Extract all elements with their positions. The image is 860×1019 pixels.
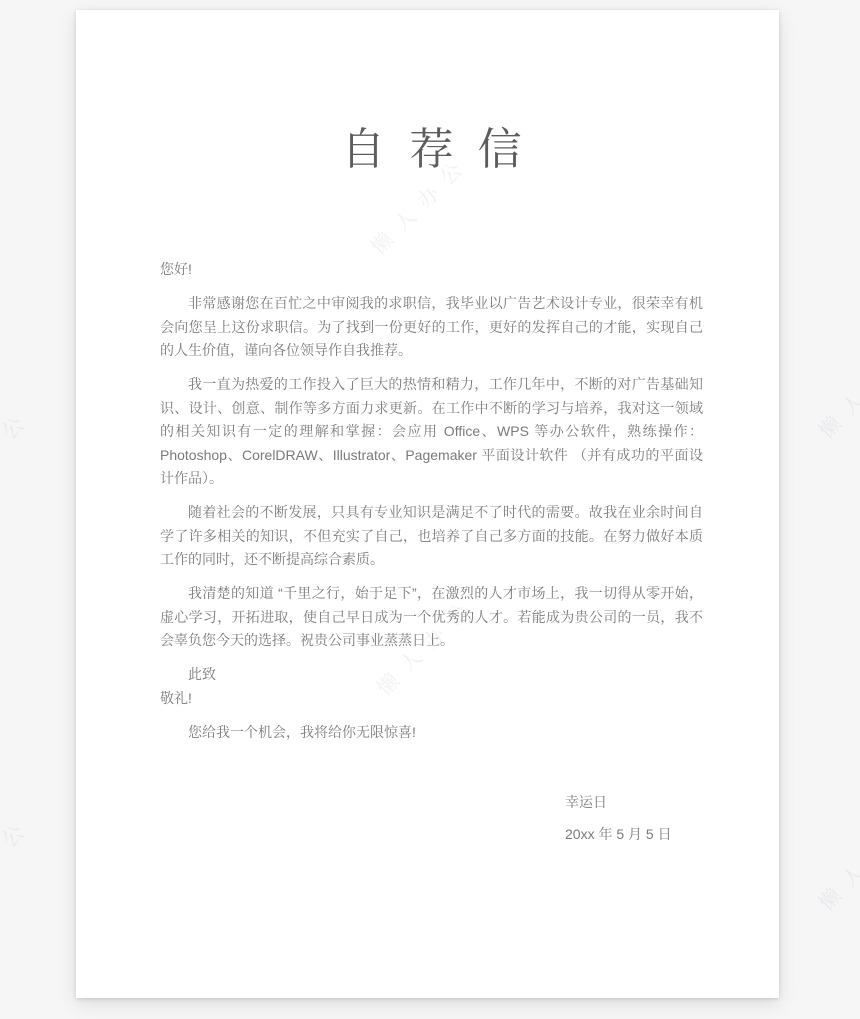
letter-content: 自荐信 您好! 非常感谢您在百忙之中审阅我的求职信，我毕业以广告艺术设计专业，很… [76, 126, 779, 850]
watermark-text: 懒人办公 [811, 803, 860, 916]
closing-block: 此致 敬礼! [160, 663, 703, 710]
letter-body: 您好! 非常感谢您在百忙之中审阅我的求职信，我毕业以广告艺术设计专业，很荣幸有机… [160, 258, 703, 850]
signature-name: 幸运日 [565, 786, 703, 818]
watermark-text: 懒人办公 [0, 809, 39, 922]
signature-date: 20xx 年 5 月 5 日 [565, 818, 703, 850]
paragraph-4: 我清楚的知道 “千里之行，始于足下”，在激烈的人才市场上，我一切得从零开始，虚心… [160, 582, 703, 653]
watermark-text: 懒人办公 [0, 401, 39, 514]
postscript: 您给我一个机会，我将给你无限惊喜! [160, 721, 703, 745]
document-page: 自荐信 您好! 非常感谢您在百忙之中审阅我的求职信，我毕业以广告艺术设计专业，很… [76, 10, 779, 998]
closing-jingli: 敬礼! [160, 687, 703, 711]
signature-block: 幸运日 20xx 年 5 月 5 日 [565, 786, 703, 850]
paragraph-3: 随着社会的不断发展，只具有专业知识是满足不了时代的需要。故我在业余时间自学了许多… [160, 501, 703, 572]
watermark-text: 懒人办公 [811, 331, 860, 444]
closing-cizhi: 此致 [160, 663, 703, 687]
paragraph-2: 我一直为热爱的工作投入了巨大的热情和精力，工作几年中，不断的对广告基础知识、设计… [160, 373, 703, 491]
paragraph-1: 非常感谢您在百忙之中审阅我的求职信，我毕业以广告艺术设计专业，很荣幸有机会向您呈… [160, 292, 703, 363]
salutation: 您好! [160, 258, 703, 282]
letter-title: 自荐信 [160, 126, 703, 174]
